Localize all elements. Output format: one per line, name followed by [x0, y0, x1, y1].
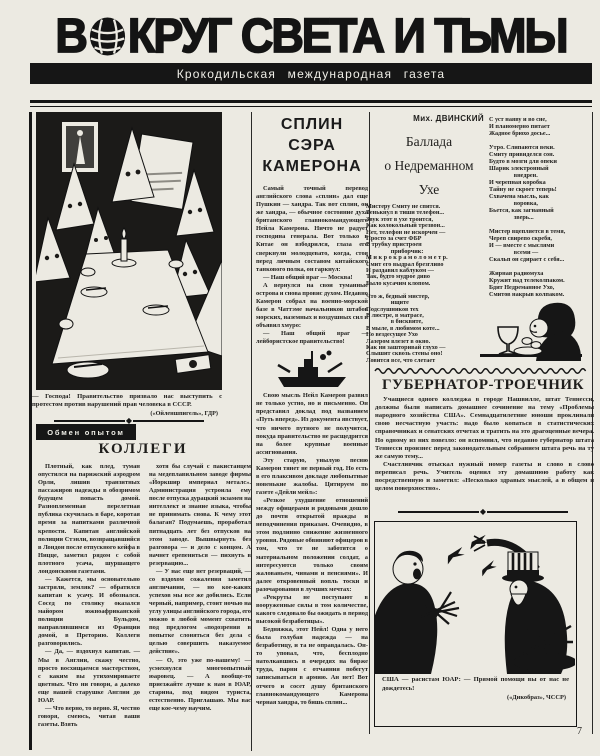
kkk-meeting-cartoon [36, 112, 222, 390]
paragraph: Плотный, как плед, туман опустился на па… [38, 463, 140, 576]
kkk-cartoon-caption: — Господа! Правительство призвало нас вы… [32, 393, 222, 409]
kollegi-column-2: хотя бы случай с пакистанцем на медеплав… [149, 463, 251, 751]
paragraph: «Рекруты не поступают в вооруженные силы… [256, 594, 368, 626]
usa-racists-cartoon: США — расистам ЮАР: — Прямой помощи вы о… [374, 521, 577, 727]
paragraph: Бедняжка, этот Нейл! Одна у него была го… [256, 626, 368, 707]
masthead-title: В КРУГ СВЕТА И ТЬМЫ [30, 9, 592, 63]
newspaper-page: В КРУГ СВЕТА И ТЬМЫ Крокодильская междун… [0, 0, 600, 756]
paragraph: — У нас еще нет резерваций, — со вздохом… [149, 568, 251, 657]
paragraph: хотя бы случай с пакистанцем на медеплав… [149, 463, 251, 568]
ballad-poem-column-1: Мистеру Смиту не спится. Тенькнул в тиши… [366, 204, 487, 365]
ballad-title: Баллада о Недреманном Ухе [372, 130, 486, 202]
masthead-subtitle-bar: Крокодильская международная газета [30, 63, 592, 84]
governor-article-body: Учащиеся одного колледжа в городе Нашвил… [375, 396, 594, 506]
globe-icon [89, 17, 126, 57]
governor-article-title: ГУБЕРНАТОР-ТРОЕЧНИК [374, 377, 592, 394]
paragraph: «Резкое ухудшение отношений между офицер… [256, 497, 368, 594]
column-rule-1 [251, 112, 252, 751]
page-number: 7 [577, 726, 582, 737]
paragraph: А вернулся на свои туманные острова и сн… [256, 282, 368, 330]
kollegi-article-body: Плотный, как плед, туман опустился на па… [38, 463, 251, 751]
usa-racists-illustration [375, 522, 575, 674]
paragraph: Самый точный перевод английского слова «… [256, 185, 368, 274]
diamond-icon: ◆ [479, 508, 487, 516]
paragraph: Свою мысль Нейл Камерон развил не только… [256, 392, 368, 457]
paragraph: Эту старую, унылую песню Камерон тянет н… [256, 457, 368, 497]
exchange-rubric-label: Обмен опытом [36, 424, 136, 440]
paragraph: Учащиеся одного колледжа в городе Нашвил… [375, 396, 594, 461]
left-edge-rule [29, 112, 32, 750]
battleship-illustration [276, 349, 348, 389]
paragraph: — Наш общий враг — Москва! [256, 274, 368, 282]
spleen-article-title: СПЛИН СЭРА КАМЕРОНА [256, 114, 368, 177]
diner-figure-cartoon [478, 299, 584, 368]
diner-figure-illustration [478, 299, 584, 363]
kollegi-column-1: Плотный, как плед, туман опустился на па… [38, 463, 140, 751]
paragraph: — Кажется, мы основательно застряли, зем… [38, 576, 140, 649]
kollegi-article-title: КОЛЛЕГИ [36, 441, 250, 458]
masthead-title-part1: В [55, 8, 86, 64]
spleen-article: СПЛИН СЭРА КАМЕРОНА Самый точный перевод… [256, 114, 368, 754]
paragraph: — Да, — вздохнул капитан. — Мы в Англии,… [38, 648, 140, 704]
paragraph: — О, это уже по-нашему! — усмехнулся мно… [149, 657, 251, 713]
ballad-byline: Мих. ДВИНСКИЙ [372, 114, 484, 123]
kkk-meeting-illustration [36, 112, 222, 390]
masthead-rule [30, 100, 592, 107]
masthead-subtitle: Крокодильская международная газета [177, 67, 446, 81]
paragraph: Счастливчик отыскал нужный номер газеты … [375, 461, 594, 493]
usa-cartoon-caption: США — расистам ЮАР: — Прямой помощи вы о… [375, 674, 576, 694]
diamond-divider: ◆ [398, 508, 568, 516]
masthead-title-part2: КРУГ СВЕТА И ТЬМЫ [128, 8, 567, 64]
ballad-poem-column-2: С уст наяву и во сне, И планомерно питае… [489, 116, 593, 301]
kkk-cartoon-credit: («Ойленшпигель», ГДР) [32, 410, 218, 417]
usa-cartoon-credit: («Дикобраз», ЧССР) [375, 694, 576, 705]
paragraph: — Наш общий враг — лейбористское правите… [256, 330, 368, 346]
paragraph: — Что верно, то верно. Я, честно говоря,… [38, 705, 140, 729]
